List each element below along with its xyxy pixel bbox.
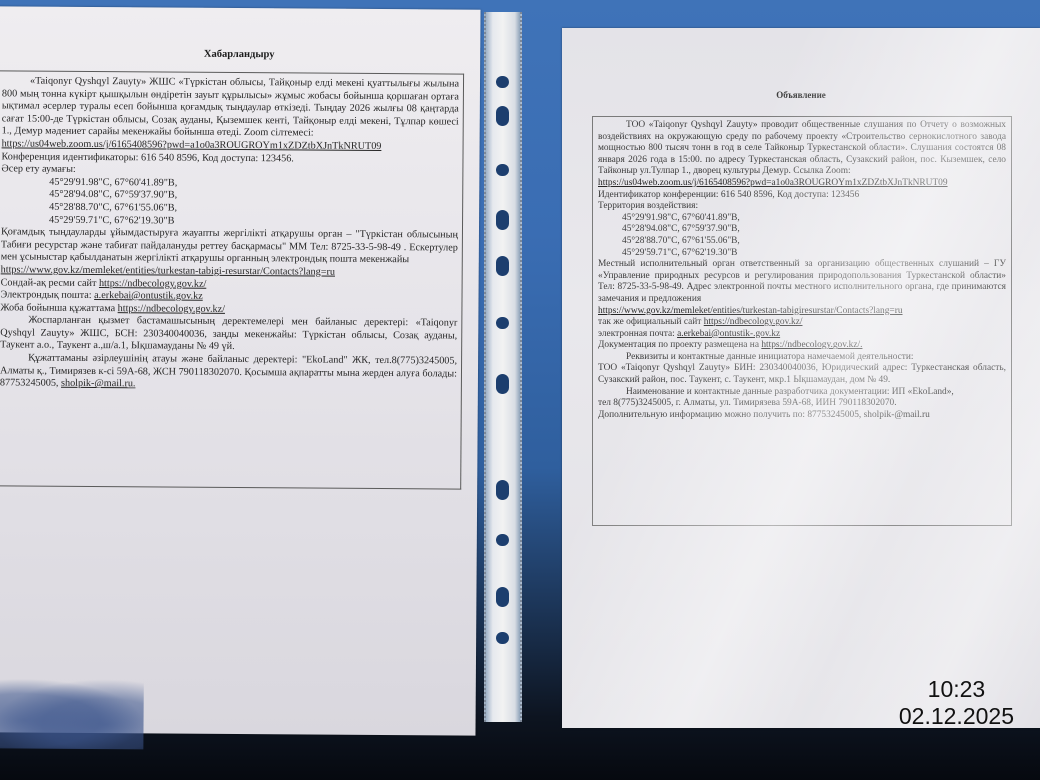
conference-line: Идентификатор конференции: 616 540 8596,… <box>598 190 1006 202</box>
punch-hole-icon <box>496 480 509 500</box>
authority-text: Местный исполнительный орган ответственн… <box>598 259 1006 305</box>
photo-timestamp: 10:23 02.12.2025 <box>899 676 1014 730</box>
official-site-link[interactable]: https://ndbecology.gov.kz/ <box>99 278 206 290</box>
notice-kazakh: Хабарландыру «Taiqonyr Qyshqyl Zauyty» Ж… <box>0 6 481 735</box>
sheet-protector-punch-strip <box>484 12 522 722</box>
official-site-prefix: так же официальный сайт <box>598 317 704 327</box>
zoom-link[interactable]: https://us04web.zoom.us/j/6165408596?pwd… <box>2 138 382 152</box>
initiator-text: Жоспарланған қызмет бастамашысының дерек… <box>0 315 457 356</box>
notice-body: ТОО «Taiqonyr Qyshqyl Zauyty» проводит о… <box>592 116 1012 526</box>
official-site-link[interactable]: https://ndbecology.gov.kz/ <box>704 317 803 327</box>
coordinate: 45°28'88.70"С, 67°61'55.06"В, <box>598 236 1006 248</box>
punch-hole-icon <box>496 256 509 276</box>
notice-title: Объявление <box>562 90 1040 100</box>
punch-hole-icon <box>496 632 509 644</box>
docs-link[interactable]: https://ndbecology.gov.kz/ <box>118 303 225 315</box>
developer-heading: Наименование и контактные данные разрабо… <box>598 387 1006 399</box>
punch-hole-icon <box>496 534 509 546</box>
email-link[interactable]: a.erkebai@ontustik.gov.kz <box>94 290 203 302</box>
developer-text: тел 8(775)3245005, г. Алматы, ул. Тимиря… <box>598 398 1006 410</box>
notice-body: «Taiqonyr Qyshqyl Zauyty» ЖШС «Түркістан… <box>0 70 464 489</box>
coordinate: 45°28'94.08"С, 67°59'37.90"В, <box>598 224 1006 236</box>
timestamp-date: 02.12.2025 <box>899 703 1014 730</box>
docs-prefix: Документация по проекту размещена на <box>598 340 761 350</box>
impact-area-label: Территория воздействия: <box>598 201 1006 213</box>
notice-title: Хабарландыру <box>0 47 480 61</box>
email-prefix: Электрондық пошта: <box>0 289 94 301</box>
initiator-heading: Реквизиты и контактные данные инициатора… <box>598 352 1006 364</box>
intro-paragraph: «Taiqonyr Qyshqyl Zauyty» ЖШС «Түркістан… <box>2 75 459 141</box>
punch-hole-icon <box>496 210 509 230</box>
hand-shadow <box>0 678 144 749</box>
zoom-link[interactable]: https://us04web.zoom.us/j/6165408596?pwd… <box>598 178 948 188</box>
punch-hole-icon <box>496 76 509 88</box>
initiator-text: ТОО «Taiqonyr Qyshqyl Zauyty» БИН: 23034… <box>598 363 1006 386</box>
more-info: Дополнительную информацию можно получить… <box>598 410 1006 422</box>
timestamp-time: 10:23 <box>899 676 1014 703</box>
authority-text: Қоғамдық тыңдауларды ұйымдастыруға жауап… <box>1 226 458 267</box>
notice-russian: Объявление ТОО «Taiqonyr Qyshqyl Zauyty»… <box>562 28 1040 728</box>
official-site-prefix: Сондай-ақ ресми сайт <box>1 277 99 289</box>
docs-link[interactable]: https://ndbecology.gov.kz/. <box>761 340 862 350</box>
email-link[interactable]: a.erkebai@ontustik-.gov.kz <box>677 329 780 339</box>
punch-hole-icon <box>496 374 509 394</box>
punch-hole-icon <box>496 587 509 607</box>
punch-hole-icon <box>496 106 509 126</box>
developer-email-link[interactable]: sholpik-@mail.ru. <box>61 378 136 390</box>
coordinate: 45°29'59.71"С, 67°62'19.30"В <box>598 248 1006 260</box>
authority-link[interactable]: https://www.gov.kz/memleket/entities/tur… <box>598 306 903 316</box>
email-prefix: электронная почта: <box>598 329 677 339</box>
coordinate: 45°29'91.98"С, 67°60'41.89"В, <box>598 213 1006 225</box>
punch-hole-icon <box>496 317 509 329</box>
punch-hole-icon <box>496 164 509 176</box>
docs-prefix: Жоба бойынша құжаттама <box>0 302 117 314</box>
authority-link[interactable]: https://www.gov.kz/memleket/entities/tur… <box>1 264 335 277</box>
intro-paragraph: ТОО «Taiqonyr Qyshqyl Zauyty» проводит о… <box>598 120 1006 178</box>
